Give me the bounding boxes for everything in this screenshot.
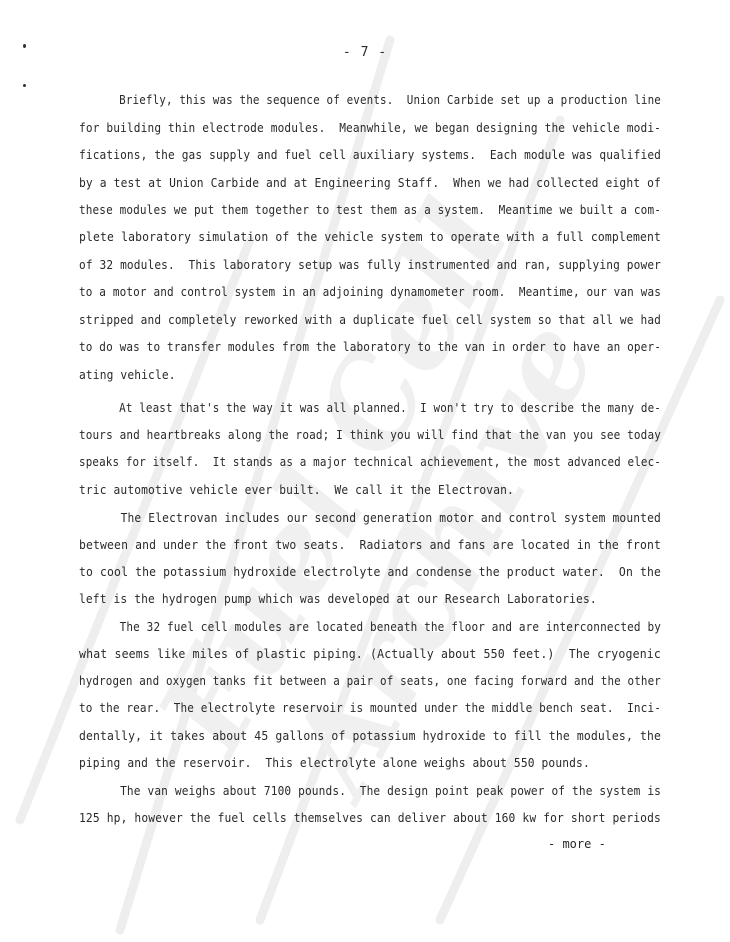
text-line: stripped and completely reworked with a … [79,312,661,328]
text-line: tric automotive vehicle ever built. We c… [79,482,514,498]
text-line: At least that's the way it was all plann… [79,400,661,416]
text-line: for building thin electrode modules. Mea… [79,120,661,136]
text-line: The 32 fuel cell modules are located ben… [79,619,661,635]
text-line: Briefly, this was the sequence of events… [79,92,661,108]
text-line: dentally, it takes about 45 gallons of p… [79,728,661,744]
text-line: speaks for itself. It stands as a major … [79,454,661,470]
text-line: to do was to transfer modules from the l… [79,339,661,355]
text-line: piping and the reservoir. This electroly… [79,755,590,771]
text-line: ating vehicle. [79,367,176,383]
text-line: plete laboratory simulation of the vehic… [79,229,661,245]
text-line: to the rear. The electrolyte reservoir i… [79,700,661,716]
text-line: The van weighs about 7100 pounds. The de… [79,783,661,799]
text-line: hydrogen and oxygen tanks fit between a … [79,673,661,689]
text-line: left is the hydrogen pump which was deve… [79,591,597,607]
text-line: by a test at Union Carbide and at Engine… [79,175,661,191]
page-number: - 7 - [0,45,730,60]
scan-speck [23,84,26,87]
text-line: these modules we put them together to te… [79,202,661,218]
text-line: to cool the potassium hydroxide electrol… [79,564,661,580]
text-line: between and under the front two seats. R… [79,537,661,553]
continuation-marker: - more - [548,837,606,851]
text-line: to a motor and control system in an adjo… [79,284,661,300]
text-line: fications, the gas supply and fuel cell … [79,147,661,163]
document-page: Fuel Cell Archive - 7 - Briefly, this wa… [0,0,730,942]
text-line: The Electrovan includes our second gener… [79,510,661,526]
text-line: what seems like miles of plastic piping.… [79,646,661,662]
watermark: Fuel Cell Archive [0,0,730,942]
text-line: tours and heartbreaks along the road; I … [79,427,661,443]
text-line: 125 hp, however the fuel cells themselve… [79,810,661,826]
text-line: of 32 modules. This laboratory setup was… [79,257,661,273]
